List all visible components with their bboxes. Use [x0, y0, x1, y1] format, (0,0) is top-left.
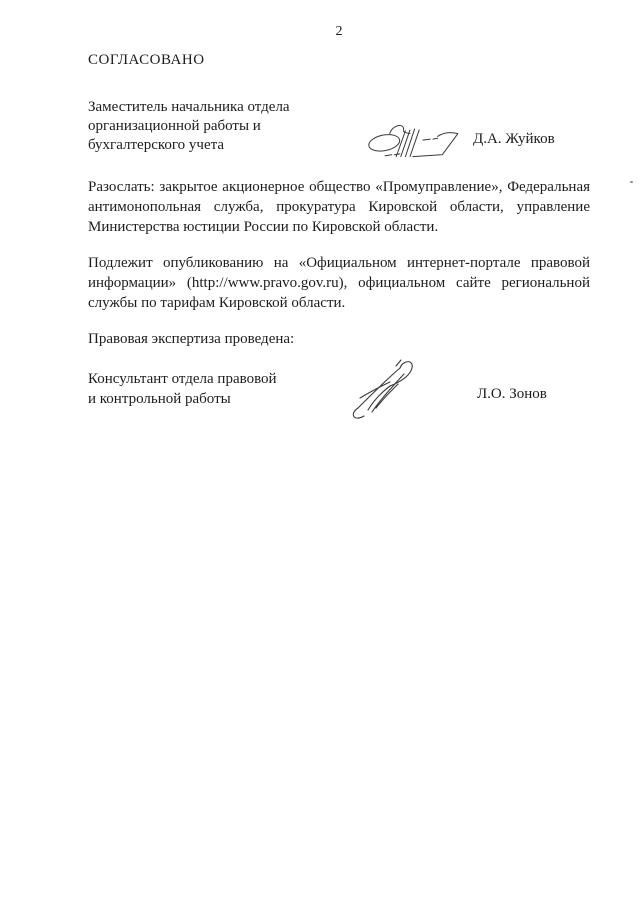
signatory-1-title-line: Заместитель начальника отдела	[88, 98, 358, 117]
paragraph-line: информации» (http://www.pravo.gov.ru), о…	[88, 273, 590, 293]
signatory-1-title: Заместитель начальника отдела организаци…	[88, 98, 358, 155]
signatory-1-title-line: бухгалтерского учета	[88, 136, 358, 155]
approved-heading: СОГЛАСОВАНО	[88, 52, 205, 69]
paragraph-line: Разослать: закрытое акционерное общество…	[88, 177, 590, 197]
publication-paragraph: Подлежит опубликованию на «Официальном и…	[88, 253, 590, 313]
signature-icon	[352, 118, 468, 164]
signatory-2-title-line: и контрольной работы	[88, 389, 358, 409]
page-number: 2	[88, 24, 590, 40]
signatory-1-title-line: организационной работы и	[88, 117, 358, 136]
legal-review-note: Правовая экспертиза проведена:	[88, 331, 294, 348]
paragraph-line: Министерства юстиции России по Кировской…	[88, 217, 590, 237]
document-page: 2 СОГЛАСОВАНО Заместитель начальника отд…	[0, 0, 640, 905]
distribution-paragraph: Разослать: закрытое акционерное общество…	[88, 177, 590, 237]
paragraph-line: Подлежит опубликованию на «Официальном и…	[88, 253, 590, 273]
signatory-2-title-line: Консультант отдела правовой	[88, 369, 358, 389]
paragraph-line: антимонопольная служба, прокуратура Киро…	[88, 197, 590, 217]
signatory-2-name: Л.О. Зонов	[477, 386, 547, 403]
paragraph-line: службы по тарифам Кировской области.	[88, 293, 590, 313]
signature-icon	[346, 356, 420, 422]
scan-artifact-speck	[630, 181, 633, 183]
signatory-2-title: Консультант отдела правовой и контрольно…	[88, 369, 358, 409]
signatory-1-name: Д.А. Жуйков	[473, 131, 555, 148]
